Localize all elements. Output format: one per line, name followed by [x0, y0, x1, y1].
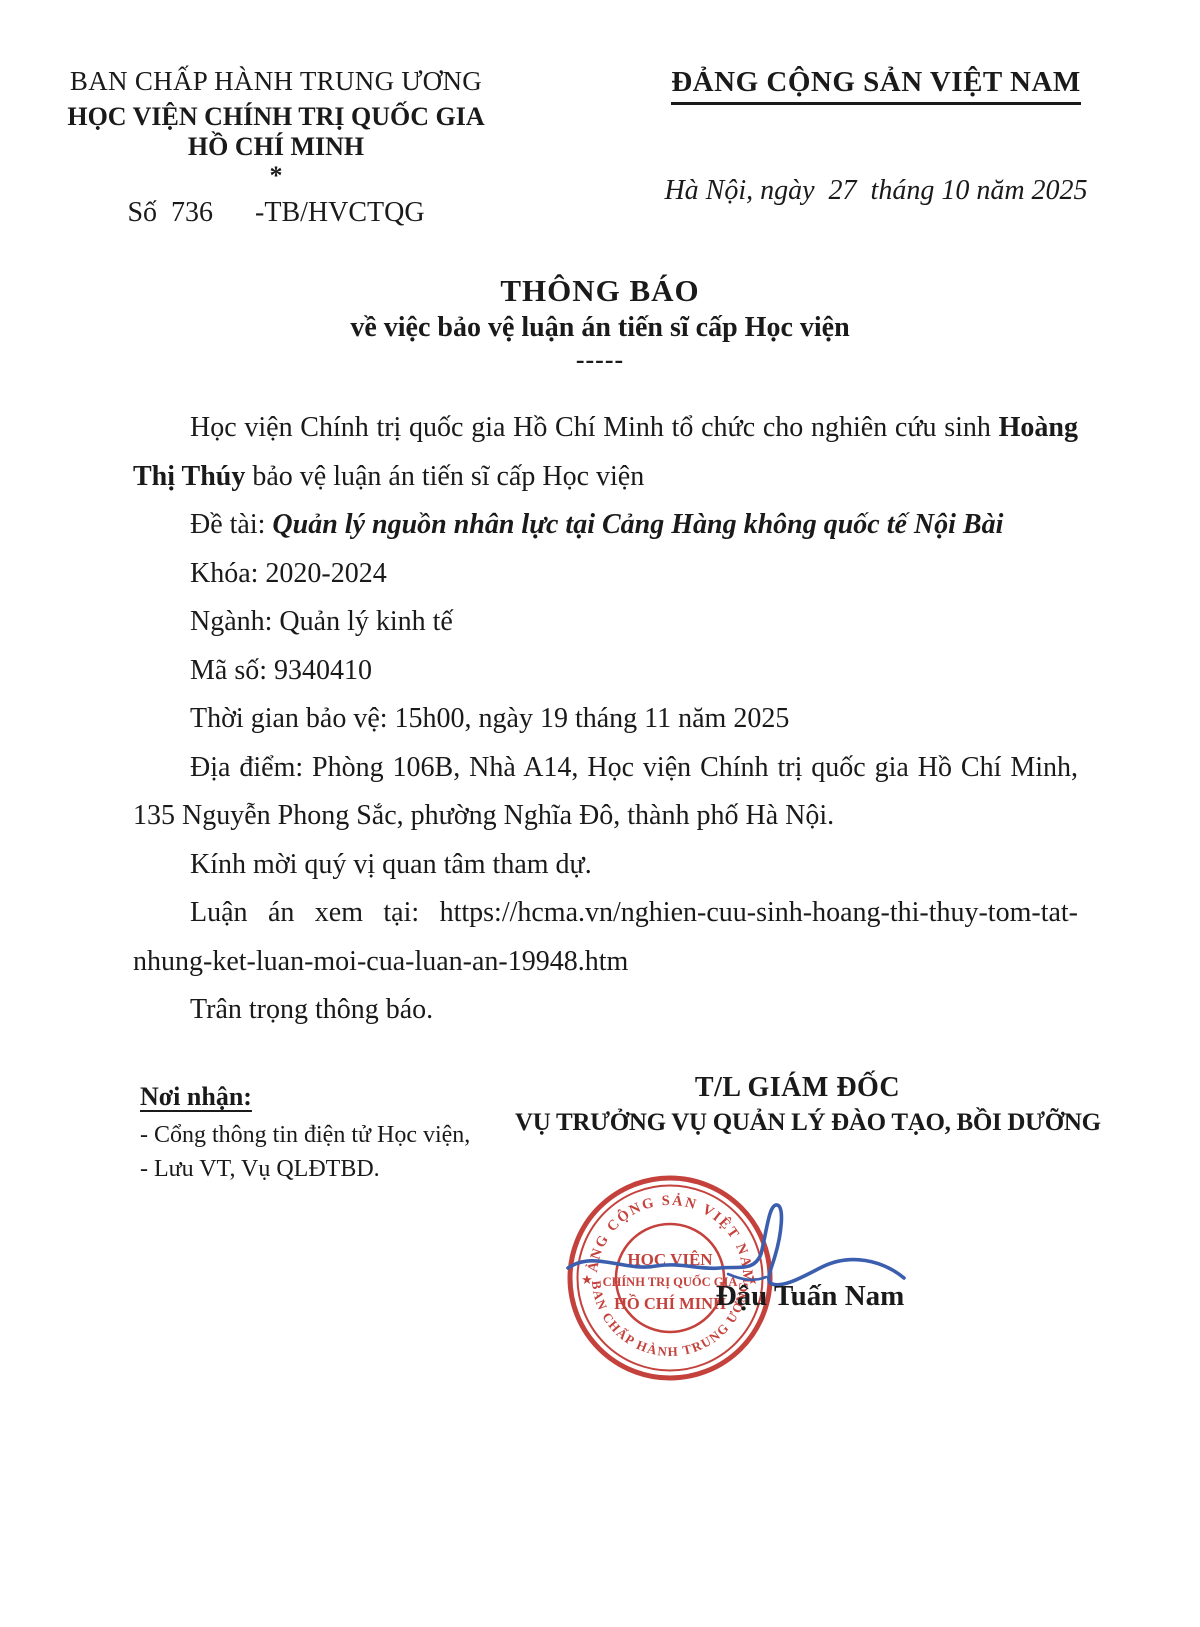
title-separator: ----- — [0, 345, 1200, 375]
issuing-agency-block: BAN CHẤP HÀNH TRUNG ƯƠNG HỌC VIỆN CHÍNH … — [0, 66, 552, 229]
place-date-line: Hà Nội, ngày 27 tháng 10 năm 2025 — [552, 175, 1200, 207]
paragraph-topic: Đề tài: Quản lý nguồn nhân lực tại Cảng … — [133, 501, 1078, 550]
party-name: ĐẢNG CỘNG SẢN VIỆT NAM — [671, 66, 1081, 105]
document-number: Số 736 -TB/HVCTQG — [0, 197, 552, 229]
agency-parent-line: BAN CHẤP HÀNH TRUNG ƯƠNG — [0, 66, 552, 97]
intro-text: Học viện Chính trị quốc gia Hồ Chí Minh … — [190, 412, 999, 443]
signer-name: Đậu Tuấn Nam — [678, 1280, 942, 1313]
document-page: BAN CHẤP HÀNH TRUNG ƯƠNG HỌC VIỆN CHÍNH … — [0, 0, 1200, 1627]
title-block: THÔNG BÁO về việc bảo vệ luận án tiến sĩ… — [0, 273, 1200, 375]
signer-authority: T/L GIÁM ĐỐC — [515, 1072, 1080, 1104]
paragraph-invite: Kính mời quý vị quan tâm tham dự. — [133, 841, 1078, 890]
paragraph-venue: Địa điểm: Phòng 106B, Nhà A14, Học viện … — [133, 744, 1078, 841]
signer-role: VỤ TRƯỞNG VỤ QUẢN LÝ ĐÀO TẠO, BỒI DƯỠNG — [515, 1109, 1080, 1137]
link-label: Luận án xem tại: — [190, 897, 440, 928]
paragraph-course: Khóa: 2020-2024 — [133, 550, 1078, 599]
signature-stroke — [568, 1205, 904, 1285]
document-title: THÔNG BÁO — [0, 273, 1200, 309]
paragraph-closing: Trân trọng thông báo. — [133, 986, 1078, 1035]
document-footer: Nơi nhận: - Cổng thông tin điện tử Học v… — [0, 1070, 1200, 1627]
paragraph-intro: Học viện Chính trị quốc gia Hồ Chí Minh … — [133, 404, 1078, 501]
document-header: BAN CHẤP HÀNH TRUNG ƯƠNG HỌC VIỆN CHÍNH … — [0, 0, 1200, 229]
document-subtitle: về việc bảo vệ luận án tiến sĩ cấp Học v… — [0, 312, 1200, 344]
intro-text-after: bảo vệ luận án tiến sĩ cấp Học viện — [245, 461, 644, 492]
recipient-item: - Cổng thông tin điện tử Học viện, — [140, 1118, 470, 1152]
agency-name-line1: HỌC VIỆN CHÍNH TRỊ QUỐC GIA — [0, 102, 552, 132]
document-body: Học viện Chính trị quốc gia Hồ Chí Minh … — [133, 404, 1078, 1035]
agency-name-line2: HỒ CHÍ MINH — [0, 132, 552, 162]
paragraph-link: Luận án xem tại: https://hcma.vn/nghien-… — [133, 889, 1078, 986]
recipient-item: - Lưu VT, Vụ QLĐTBD. — [140, 1152, 470, 1186]
thesis-title: Quản lý nguồn nhân lực tại Cảng Hàng khô… — [272, 509, 1003, 540]
separator-star: * — [0, 163, 552, 189]
national-motto-block: ĐẢNG CỘNG SẢN VIỆT NAM Hà Nội, ngày 27 t… — [552, 66, 1200, 229]
topic-label: Đề tài: — [190, 509, 272, 540]
paragraph-major: Ngành: Quản lý kinh tế — [133, 598, 1078, 647]
recipients-block: Nơi nhận: - Cổng thông tin điện tử Học v… — [140, 1082, 470, 1186]
paragraph-code: Mã số: 9340410 — [133, 647, 1078, 696]
paragraph-time: Thời gian bảo vệ: 15h00, ngày 19 tháng 1… — [133, 695, 1078, 744]
signature-title-block: T/L GIÁM ĐỐC VỤ TRƯỞNG VỤ QUẢN LÝ ĐÀO TẠ… — [515, 1072, 1080, 1137]
recipients-title: Nơi nhận: — [140, 1082, 470, 1112]
signature-flourish — [728, 1274, 766, 1280]
